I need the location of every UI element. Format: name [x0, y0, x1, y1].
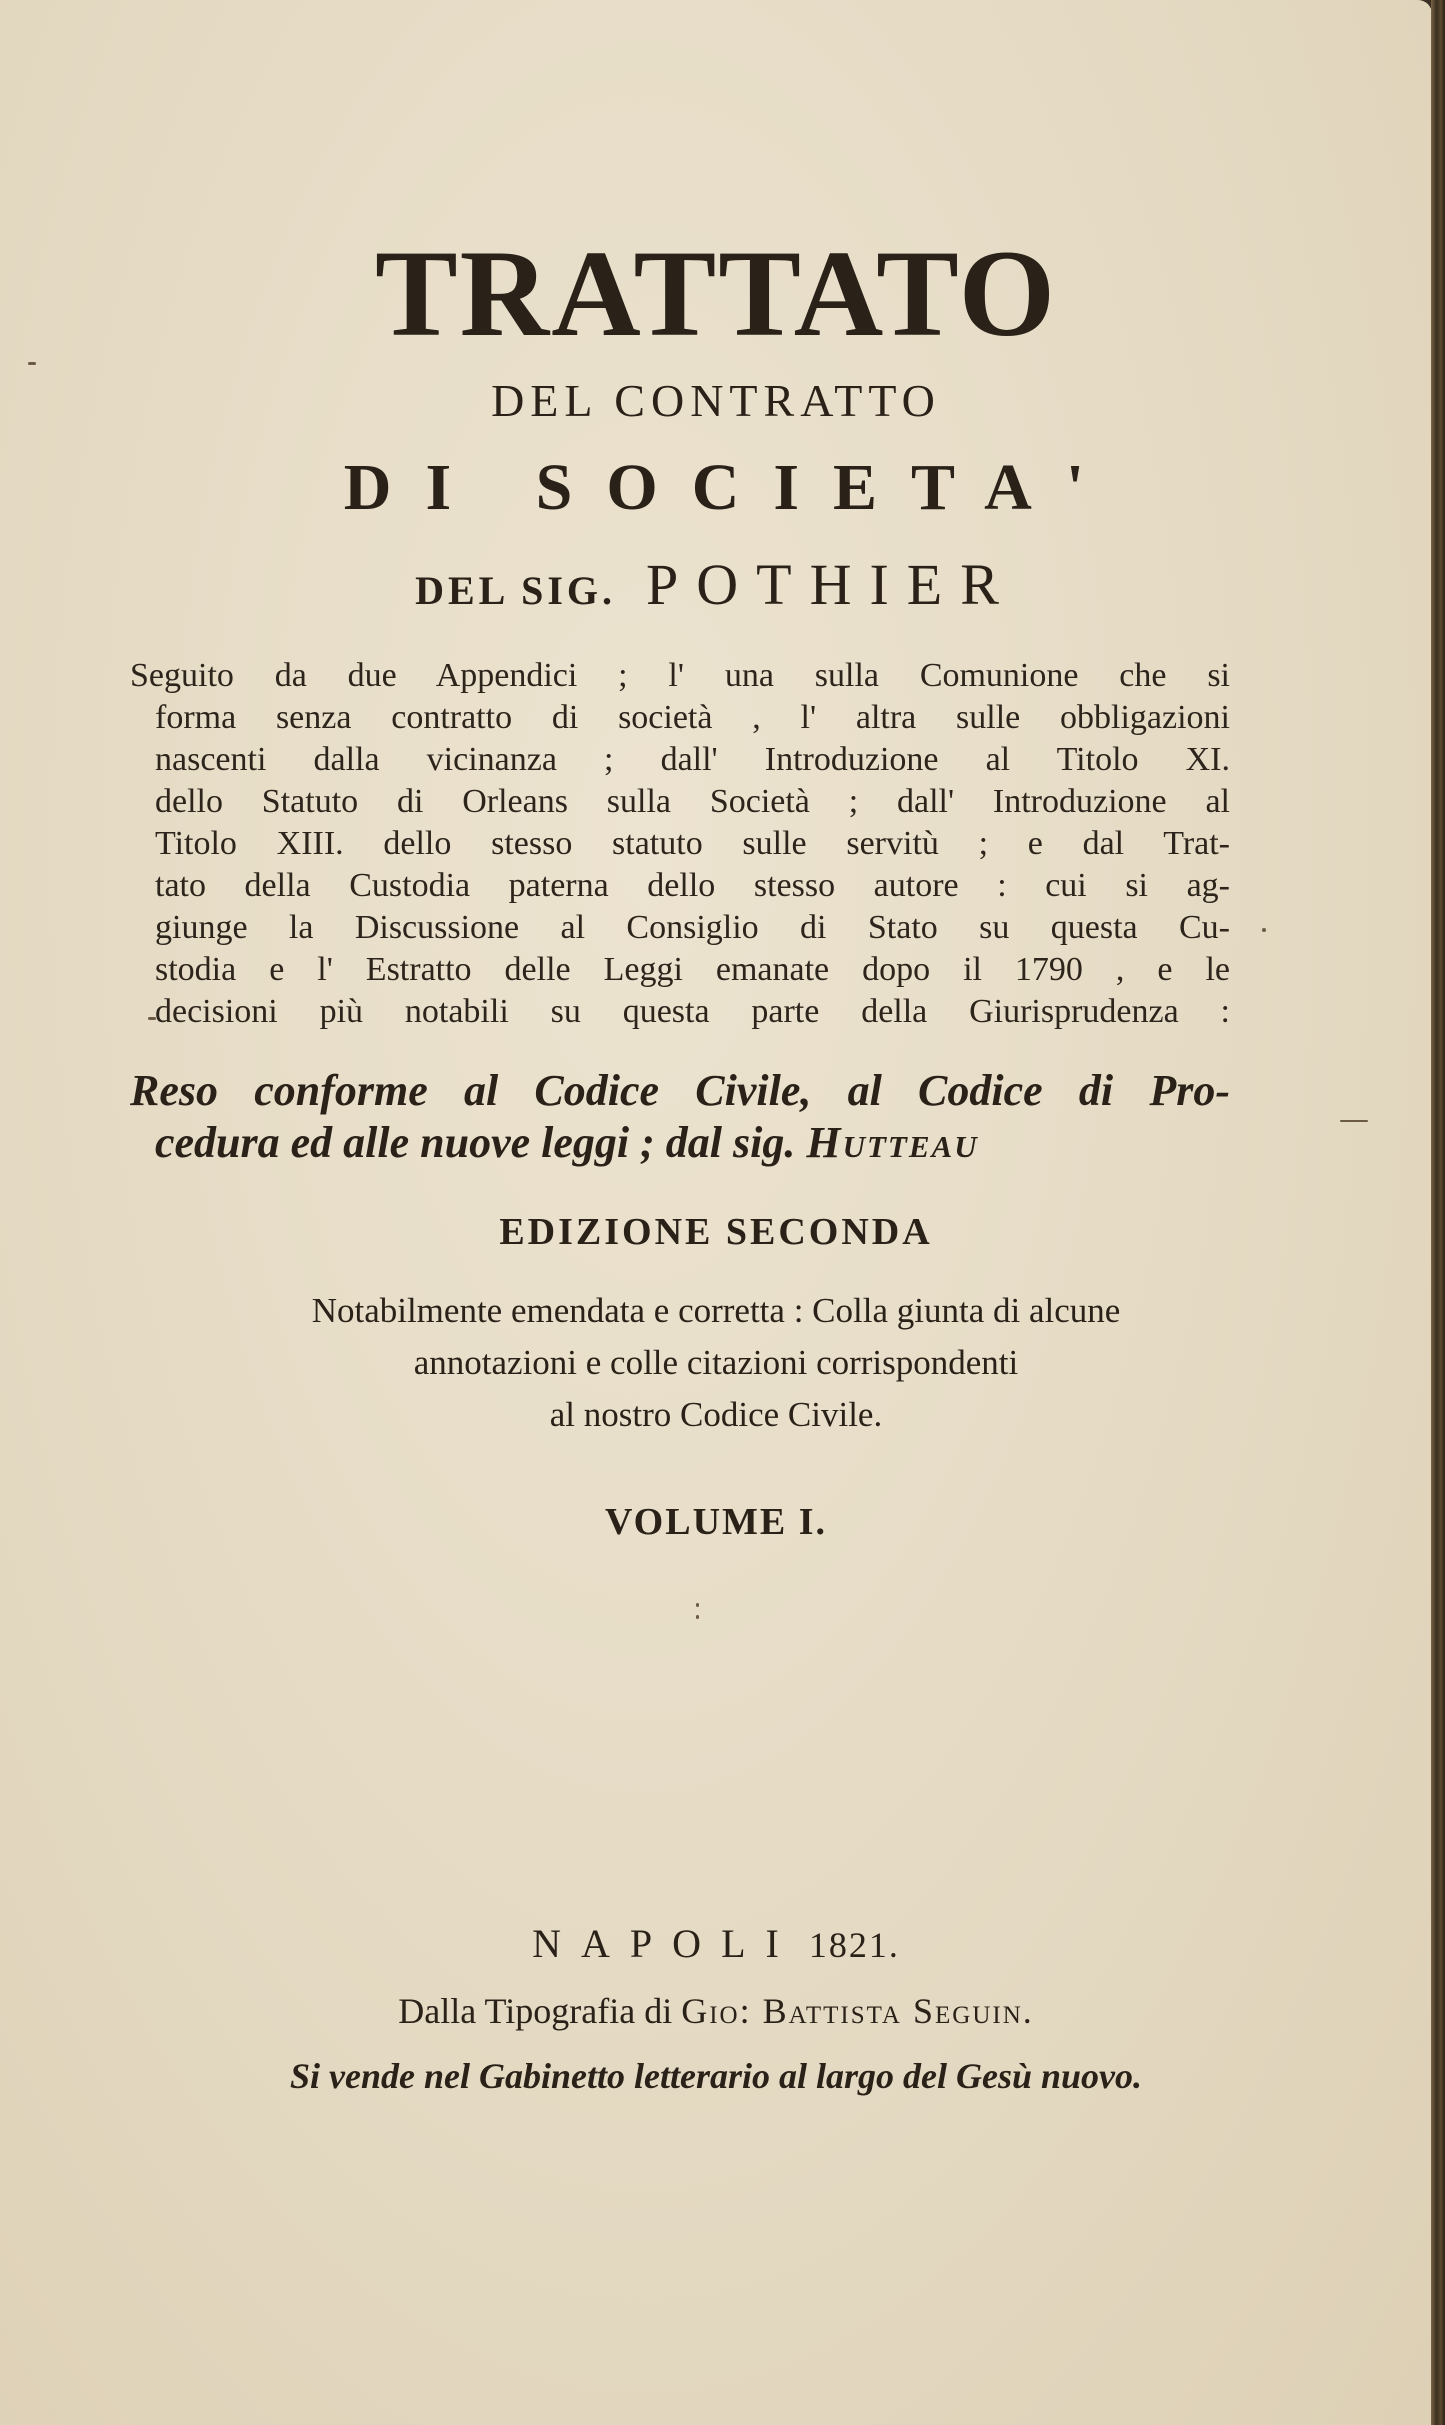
description-line: tato della Custodia paterna dello stesso…: [130, 865, 1230, 907]
printer-name: Gio: Battista Seguin.: [681, 1991, 1034, 2031]
conformity-line-2: cedura ed alle nuove leggi ; dal sig. Hu…: [130, 1117, 1230, 1169]
printer-prefix: Dalla Tipografia di: [398, 1991, 681, 2031]
description-line: Seguito da due Appendici ; l' una sulla …: [130, 655, 1230, 697]
description-line: stodia e l' Estratto delle Leggi emanate…: [130, 949, 1230, 991]
edition-note-line: al nostro Codice Civile.: [0, 1389, 1432, 1441]
description-line: nascenti dalla vicinanza ; dall' Introdu…: [130, 739, 1230, 781]
imprint-year: 1821.: [809, 1925, 900, 1965]
volume-label: VOLUME I.: [0, 1500, 1432, 1544]
edition-label: EDIZIONE SECONDA: [0, 1210, 1432, 1254]
imprint-place: NAPOLI1821.: [0, 1920, 1432, 1967]
conformity-line-2-text: cedura ed alle nuove leggi ; dal sig.: [155, 1118, 806, 1167]
title-page: TRATTATO DEL CONTRATTO DI SOCIETA' DEL S…: [0, 0, 1432, 2425]
editor-name: Hutteau: [806, 1118, 978, 1167]
description-line: forma senza contratto di società , l' al…: [130, 697, 1230, 739]
book-binding-edge: [1431, 0, 1445, 2425]
description-line: dello Statuto di Orleans sulla Società ;…: [130, 781, 1230, 823]
description-paragraph: Seguito da due Appendici ; l' una sulla …: [130, 655, 1230, 1033]
book-subtitle-2: DI SOCIETA': [0, 455, 1432, 521]
edition-note-line: Notabilmente emendata e corretta : Colla…: [0, 1285, 1432, 1337]
imprint-city: NAPOLI: [532, 1921, 799, 1966]
conformity-line-1: Reso conforme al Codice Civile, al Codic…: [130, 1065, 1230, 1117]
book-title: TRATTATO: [0, 232, 1432, 356]
paper-speck: [148, 1017, 156, 1020]
book-subtitle-1: DEL CONTRATTO: [0, 378, 1432, 424]
paper-speck: [1262, 928, 1266, 932]
paper-speck: [696, 1603, 699, 1607]
edition-note-line: annotazioni e colle citazioni corrispond…: [0, 1337, 1432, 1389]
paper-speck: [28, 362, 36, 365]
description-line: Titolo XIII. dello stesso statuto sulle …: [130, 823, 1230, 865]
edition-notes: Notabilmente emendata e corretta : Colla…: [0, 1285, 1432, 1441]
paper-speck: [696, 1615, 699, 1619]
description-line: giunge la Discussione al Consiglio di St…: [130, 907, 1230, 949]
author-name: POTHIER: [646, 552, 1017, 617]
imprint-seller: Si vende nel Gabinetto letterario al lar…: [0, 2055, 1432, 2097]
conformity-statement: Reso conforme al Codice Civile, al Codic…: [130, 1065, 1230, 1169]
imprint-printer: Dalla Tipografia di Gio: Battista Seguin…: [0, 1990, 1432, 2032]
description-line: decisioni più notabili su questa parte d…: [130, 991, 1230, 1033]
author-prefix: DEL SIG.: [415, 568, 616, 613]
author-line: DEL SIG.POTHIER: [0, 556, 1432, 614]
paper-speck: [1340, 1120, 1368, 1122]
